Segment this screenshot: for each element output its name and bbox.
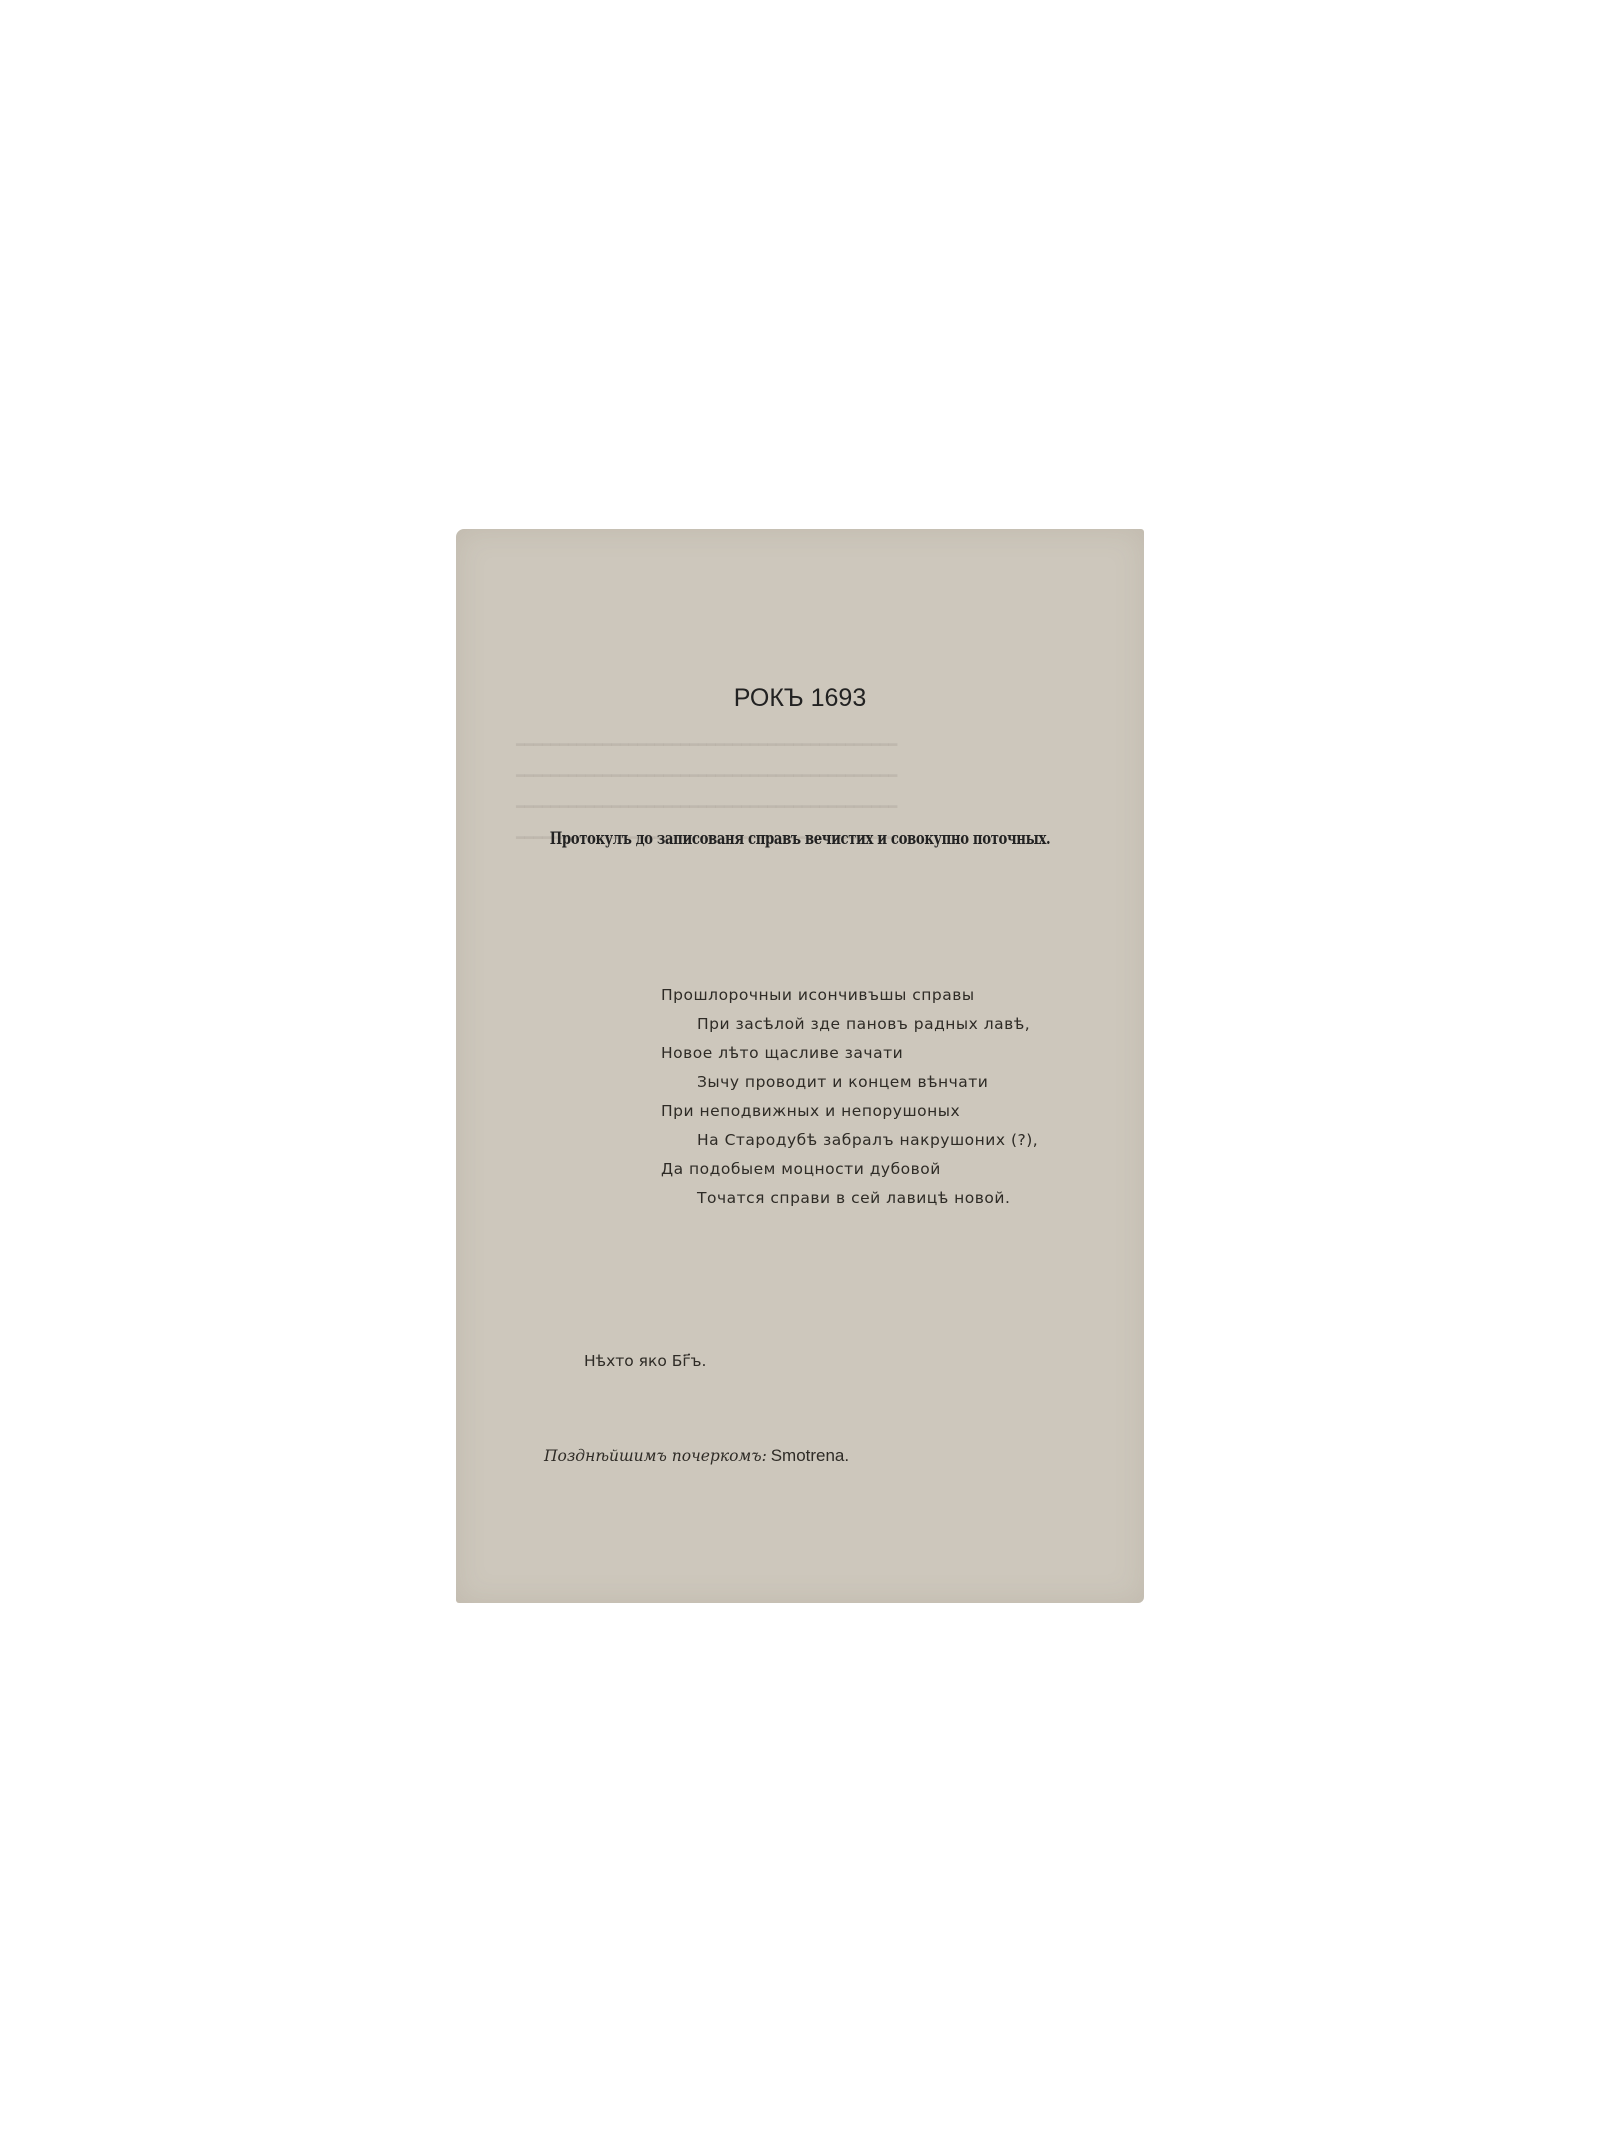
note-value: Smotrena. bbox=[771, 1446, 849, 1465]
poem-line: Да подобыем моцности дубовой bbox=[661, 1160, 941, 1178]
document-page: ━━━━━━━━━━━━━━━━━━━━━━━━━━━━━━━━━━━━━━━━… bbox=[456, 529, 1144, 1603]
poem-line: Точатся справи в сей лавицѣ новой. bbox=[697, 1189, 1010, 1207]
poem-line: На Стародубѣ забралъ накрушоних (?), bbox=[697, 1131, 1038, 1149]
page-title: РОКЪ 1693 bbox=[456, 684, 1144, 713]
poem-line: Новое лѣто щасливе зачати bbox=[661, 1044, 903, 1062]
poem-line: Прошлорочныи исончивъшы справы bbox=[661, 986, 975, 1004]
note-label: Позднѣйшимъ почеркомъ: bbox=[544, 1447, 767, 1465]
poem-line: Зычу проводит и концем вѣнчати bbox=[697, 1073, 988, 1091]
later-hand-note: Позднѣйшимъ почеркомъ: Smotrena. bbox=[544, 1446, 849, 1466]
signature: Нѣхто яко Бг҃ъ. bbox=[584, 1352, 706, 1370]
document-heading: Протокулъ до записованя справъ вечистих … bbox=[532, 829, 1069, 849]
poem-line: При засѣлой зде пановъ радных лавѣ, bbox=[697, 1015, 1030, 1033]
poem-line: При неподвижных и непорушоных bbox=[661, 1102, 960, 1120]
